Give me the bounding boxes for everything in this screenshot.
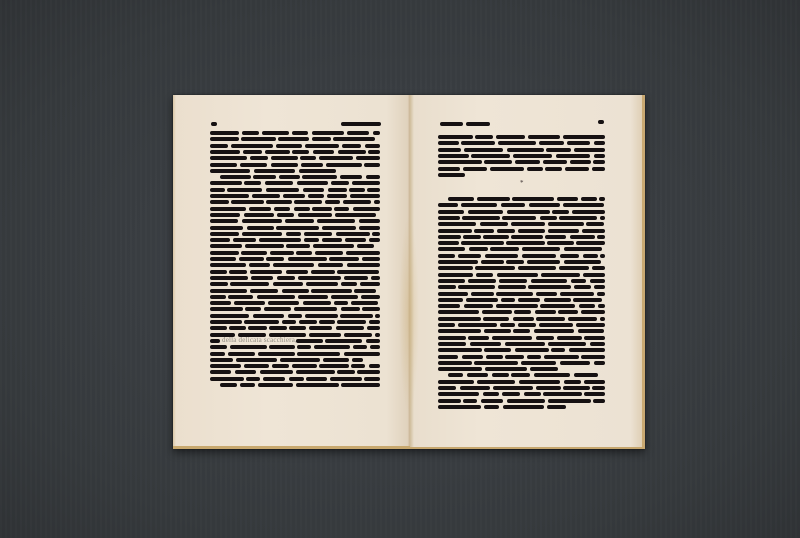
redaction-bar xyxy=(238,333,266,337)
redaction-bar xyxy=(266,200,292,204)
redaction-bar xyxy=(570,235,595,239)
redaction-bar xyxy=(594,285,605,289)
redaction-bar xyxy=(340,314,373,318)
redaction-bar xyxy=(210,251,239,255)
redaction-bar xyxy=(305,314,337,318)
redaction-bar xyxy=(244,320,278,324)
redaction-bar xyxy=(499,279,527,283)
redaction-bar xyxy=(600,216,605,220)
redaction-bar xyxy=(298,295,328,299)
redaction-bar xyxy=(477,197,510,201)
redaction-bar xyxy=(559,266,590,270)
redaction-bar xyxy=(438,405,481,409)
redaction-bar xyxy=(544,355,579,359)
redaction-bar xyxy=(563,135,605,139)
redaction-bar xyxy=(277,213,295,217)
redaction-bar xyxy=(230,282,269,286)
redaction-bar xyxy=(438,216,460,220)
redaction-bar xyxy=(375,314,380,318)
running-head-redacted xyxy=(440,122,463,126)
redaction-bar xyxy=(531,279,567,283)
redaction-bar xyxy=(371,276,380,280)
redaction-bar xyxy=(483,392,499,396)
redaction-bar xyxy=(294,200,322,204)
redaction-bar xyxy=(210,200,229,204)
redaction-bar xyxy=(466,298,499,302)
redaction-bar xyxy=(597,292,605,296)
redaction-bar xyxy=(502,392,521,396)
redaction-bar xyxy=(210,282,228,286)
redaction-bar xyxy=(498,141,536,145)
redaction-bar xyxy=(461,141,495,145)
redaction-bar xyxy=(484,329,511,333)
redaction-bar xyxy=(210,345,227,349)
redaction-bar xyxy=(282,289,309,293)
redaction-bar xyxy=(210,226,243,230)
redaction-bar xyxy=(336,232,370,236)
redaction-bar xyxy=(210,131,239,135)
redaction-bar xyxy=(210,295,226,299)
redaction-bar xyxy=(438,247,465,251)
redaction-bar xyxy=(518,323,536,327)
right-page: * xyxy=(410,95,645,449)
redaction-bar xyxy=(318,263,343,267)
redaction-bar xyxy=(292,150,308,154)
redaction-bar xyxy=(530,367,558,371)
redaction-bar xyxy=(511,235,543,239)
redaction-bar xyxy=(296,339,323,343)
redaction-bar xyxy=(298,213,332,217)
redaction-bar xyxy=(535,310,556,314)
redaction-bar xyxy=(496,135,525,139)
redaction-bar xyxy=(463,235,481,239)
redaction-bar xyxy=(483,317,510,321)
redaction-bar xyxy=(340,175,362,179)
redaction-bar xyxy=(496,304,537,308)
redaction-bar xyxy=(438,285,456,289)
redaction-bar xyxy=(276,226,319,230)
redaction-bar xyxy=(250,270,282,274)
redaction-bar xyxy=(576,323,605,327)
redaction-bar xyxy=(341,383,380,387)
redaction-bar xyxy=(210,377,244,381)
redaction-bar xyxy=(297,345,311,349)
redaction-bar xyxy=(306,377,327,381)
redaction-bar xyxy=(228,352,255,356)
redaction-bar xyxy=(536,292,557,296)
redaction-bar xyxy=(249,263,270,267)
redaction-bar xyxy=(286,232,302,236)
redaction-bar xyxy=(438,254,455,258)
redaction-bar xyxy=(303,301,332,305)
redaction-bar xyxy=(210,352,225,356)
redaction-bar xyxy=(282,320,296,324)
redaction-bar xyxy=(548,342,586,346)
redaction-bar xyxy=(578,329,603,333)
redaction-bar xyxy=(484,405,499,409)
left-page: della delicata scacchiera, xyxy=(173,95,410,449)
redaction-bar xyxy=(334,301,348,305)
redaction-bar xyxy=(438,367,482,371)
redaction-bar xyxy=(210,169,250,173)
redaction-bar xyxy=(438,141,459,145)
redaction-bar xyxy=(470,342,501,346)
redaction-bar xyxy=(515,348,549,352)
redaction-bar xyxy=(560,361,590,365)
redaction-bar xyxy=(249,207,271,211)
redaction-bar xyxy=(492,373,509,377)
redaction-bar xyxy=(438,222,476,226)
redaction-bar xyxy=(594,361,605,365)
redaction-bar xyxy=(210,257,236,261)
redaction-bar xyxy=(496,292,533,296)
redaction-bar xyxy=(464,148,503,152)
redaction-bar xyxy=(564,380,581,384)
redaction-bar xyxy=(314,345,350,349)
redaction-bar xyxy=(274,207,290,211)
redaction-bar xyxy=(306,282,338,286)
redaction-bar xyxy=(599,197,605,201)
redaction-bar xyxy=(498,285,526,289)
redaction-bar xyxy=(528,135,559,139)
redaction-bar xyxy=(286,244,310,248)
redaction-bar xyxy=(458,285,496,289)
redaction-bar xyxy=(560,292,594,296)
redaction-bar xyxy=(352,358,363,362)
redaction-bar xyxy=(210,238,230,242)
redaction-bar xyxy=(528,285,571,289)
redaction-bar xyxy=(349,188,365,192)
redaction-bar xyxy=(557,336,581,340)
redaction-bar xyxy=(600,317,605,321)
redaction-bar xyxy=(540,216,557,220)
redaction-bar xyxy=(486,355,502,359)
redaction-bar xyxy=(322,226,356,230)
redaction-bar xyxy=(341,282,358,286)
redaction-bar xyxy=(259,238,302,242)
redaction-bar xyxy=(360,282,380,286)
redaction-bar xyxy=(210,364,241,368)
redaction-bar xyxy=(544,298,571,302)
redaction-bar xyxy=(559,216,597,220)
redaction-bar xyxy=(557,197,578,201)
redaction-bar xyxy=(242,131,259,135)
redaction-bar xyxy=(265,150,290,154)
redaction-bar xyxy=(285,219,314,223)
redaction-bar xyxy=(569,348,605,352)
redaction-bar xyxy=(475,266,515,270)
redaction-bar xyxy=(263,377,286,381)
redaction-bar xyxy=(500,323,515,327)
redaction-bar xyxy=(458,254,480,258)
redaction-bar xyxy=(298,276,341,280)
open-book: della delicata scacchiera, * xyxy=(173,95,645,449)
redaction-bar xyxy=(319,364,349,368)
redaction-bar xyxy=(438,229,472,233)
redaction-bar xyxy=(325,339,362,343)
redaction-bar xyxy=(438,135,473,139)
redaction-bar xyxy=(244,213,274,217)
redaction-bar xyxy=(471,154,509,158)
redaction-bar xyxy=(311,270,335,274)
redaction-bar xyxy=(210,339,220,343)
redaction-bar xyxy=(438,392,479,396)
redaction-bar xyxy=(485,254,518,258)
redaction-bar xyxy=(512,197,553,201)
redaction-bar xyxy=(448,197,474,201)
redaction-bar xyxy=(536,386,561,390)
redaction-bar xyxy=(373,131,380,135)
redaction-bar xyxy=(468,210,504,214)
redaction-bar xyxy=(210,150,240,154)
redaction-bar xyxy=(244,181,261,185)
redaction-bar xyxy=(351,301,379,305)
redaction-bar xyxy=(323,358,349,362)
redaction-bar xyxy=(593,160,605,164)
redaction-bar xyxy=(312,137,331,141)
redaction-bar xyxy=(461,241,504,245)
redaction-bar xyxy=(461,203,496,207)
redaction-bar xyxy=(511,373,530,377)
redaction-bar xyxy=(506,241,545,245)
redaction-bar xyxy=(227,188,262,192)
redaction-bar xyxy=(556,154,591,158)
redaction-bar xyxy=(210,263,246,267)
redaction-bar xyxy=(438,241,459,245)
redaction-bar xyxy=(463,167,487,171)
redaction-bar xyxy=(337,270,379,274)
redaction-bar xyxy=(582,229,605,233)
redaction-bar xyxy=(260,370,293,374)
redaction-bar xyxy=(297,352,340,356)
redaction-bar xyxy=(598,304,605,308)
redaction-bar xyxy=(239,257,265,261)
redaction-bar xyxy=(482,310,512,314)
redaction-bar xyxy=(210,188,225,192)
redaction-bar xyxy=(438,210,464,214)
redaction-bar xyxy=(484,348,512,352)
redaction-bar xyxy=(438,279,465,283)
redaction-bar xyxy=(305,144,339,148)
redaction-bar xyxy=(273,263,314,267)
redaction-bar xyxy=(315,251,343,255)
redaction-bar xyxy=(481,399,503,403)
redaction-bar xyxy=(513,317,534,321)
redaction-bar xyxy=(210,314,249,318)
redaction-bar xyxy=(438,154,469,158)
redaction-bar xyxy=(346,251,380,255)
redaction-bar xyxy=(518,298,540,302)
redaction-bar xyxy=(242,219,283,223)
redaction-bar xyxy=(573,298,601,302)
redaction-bar xyxy=(483,235,509,239)
redaction-bar xyxy=(600,254,605,258)
redaction-bar xyxy=(592,266,605,270)
redaction-bar xyxy=(257,295,295,299)
redaction-bar xyxy=(563,203,604,207)
redaction-bar xyxy=(210,326,227,330)
redaction-bar xyxy=(369,320,380,324)
redaction-bar xyxy=(357,244,374,248)
redaction-bar xyxy=(468,279,497,283)
redaction-bar xyxy=(568,317,598,321)
redaction-bar xyxy=(300,156,315,160)
redaction-bar xyxy=(344,333,372,337)
redaction-bar xyxy=(327,194,348,198)
redaction-bar xyxy=(236,358,277,362)
redaction-bar xyxy=(241,251,267,255)
redaction-bar xyxy=(584,380,605,384)
redaction-bar xyxy=(511,222,545,226)
redaction-bar xyxy=(507,210,550,214)
redaction-bar xyxy=(317,219,355,223)
redaction-bar xyxy=(258,352,295,356)
redaction-bar xyxy=(368,150,380,154)
redaction-bar xyxy=(246,377,261,381)
redaction-bar xyxy=(273,282,303,286)
redaction-bar xyxy=(234,301,265,305)
redaction-bar xyxy=(551,348,565,352)
redaction-bar xyxy=(341,307,360,311)
redaction-bar xyxy=(286,270,308,274)
redaction-bar xyxy=(288,314,303,318)
redaction-bar xyxy=(289,377,303,381)
redaction-bar xyxy=(438,173,465,177)
redaction-bar xyxy=(253,175,277,179)
redaction-bar xyxy=(438,203,458,207)
redaction-bar xyxy=(375,333,380,337)
redaction-bar xyxy=(241,137,275,141)
redaction-bar xyxy=(329,257,359,261)
redaction-bar xyxy=(251,276,273,280)
redaction-bar xyxy=(438,304,460,308)
redaction-bar xyxy=(265,181,293,185)
redaction-bar xyxy=(438,399,461,403)
redaction-bar xyxy=(502,216,536,220)
redaction-bar xyxy=(296,370,335,374)
redaction-bar xyxy=(210,358,233,362)
redaction-bar xyxy=(438,380,474,384)
redaction-bar xyxy=(565,167,589,171)
redaction-bar xyxy=(210,370,231,374)
page-number-redacted xyxy=(598,120,604,124)
redaction-bar xyxy=(262,131,289,135)
redaction-bar xyxy=(279,175,299,179)
redaction-bar xyxy=(438,273,473,277)
redaction-bar xyxy=(590,342,605,346)
redaction-bar xyxy=(319,156,353,160)
redaction-bar xyxy=(331,181,349,185)
redaction-bar xyxy=(250,156,268,160)
redaction-bar xyxy=(296,383,338,387)
redaction-bar xyxy=(309,333,341,337)
redaction-bar xyxy=(271,156,299,160)
redaction-bar xyxy=(462,355,483,359)
redaction-bar xyxy=(505,342,545,346)
redaction-bar xyxy=(210,194,249,198)
redaction-bar xyxy=(245,307,262,311)
redaction-bar xyxy=(297,181,329,185)
redaction-bar xyxy=(534,373,571,377)
redaction-bar xyxy=(370,345,380,349)
redaction-bar xyxy=(501,203,526,207)
redaction-bar xyxy=(319,320,335,324)
redaction-bar xyxy=(592,167,605,171)
redaction-bar xyxy=(357,370,380,374)
page-number-redacted xyxy=(211,122,217,126)
running-head-redacted xyxy=(341,122,381,126)
redaction-bar xyxy=(438,167,460,171)
redaction-bar xyxy=(303,188,324,192)
running-head-redacted xyxy=(466,122,490,126)
redaction-bar xyxy=(229,326,245,330)
redaction-bar xyxy=(594,154,605,158)
redaction-bar xyxy=(228,295,252,299)
redaction-bar xyxy=(336,326,364,330)
redaction-bar xyxy=(572,210,605,214)
redaction-bar xyxy=(362,257,380,261)
redaction-bar xyxy=(480,222,508,226)
redaction-bar xyxy=(548,229,579,233)
redaction-bar xyxy=(210,289,247,293)
redaction-bar xyxy=(527,167,543,171)
redaction-bar xyxy=(469,247,488,251)
redaction-bar xyxy=(354,289,375,293)
redaction-bar xyxy=(326,163,362,167)
redaction-bar xyxy=(210,270,227,274)
redaction-bar xyxy=(574,373,599,377)
redaction-bar xyxy=(571,279,586,283)
redaction-bar xyxy=(330,377,362,381)
redaction-bar xyxy=(345,238,366,242)
redaction-bar xyxy=(438,266,473,270)
redaction-bar xyxy=(230,345,267,349)
redaction-bar xyxy=(521,361,557,365)
redaction-bar xyxy=(312,207,332,211)
redaction-bar xyxy=(464,304,492,308)
redaction-bar xyxy=(311,289,352,293)
redaction-bar xyxy=(501,298,516,302)
redaction-bar xyxy=(547,405,565,409)
redaction-bar xyxy=(210,232,239,236)
redaction-bar xyxy=(347,263,380,267)
unredacted-text: della delicata scacchiera, xyxy=(222,337,297,344)
redaction-bar xyxy=(581,310,605,314)
redaction-bar xyxy=(369,238,380,242)
redaction-bar xyxy=(313,244,354,248)
redaction-bar xyxy=(438,298,463,302)
redaction-bar xyxy=(476,273,493,277)
redaction-bar xyxy=(210,144,228,148)
redaction-bar xyxy=(266,257,284,261)
redaction-bar xyxy=(364,377,380,381)
redaction-bar xyxy=(359,226,380,230)
redaction-bar xyxy=(351,364,365,368)
redaction-bar xyxy=(492,336,532,340)
redaction-bar xyxy=(280,358,320,362)
redaction-bar xyxy=(579,304,595,308)
redaction-bar xyxy=(335,213,376,217)
redaction-bar xyxy=(448,373,463,377)
redaction-bar xyxy=(438,329,481,333)
redaction-bar xyxy=(210,333,235,337)
redaction-bar xyxy=(522,247,560,251)
redaction-bar xyxy=(299,320,317,324)
redaction-bar xyxy=(536,336,554,340)
redaction-bar xyxy=(369,364,380,368)
redaction-bar xyxy=(438,355,458,359)
redaction-bar xyxy=(438,342,466,346)
